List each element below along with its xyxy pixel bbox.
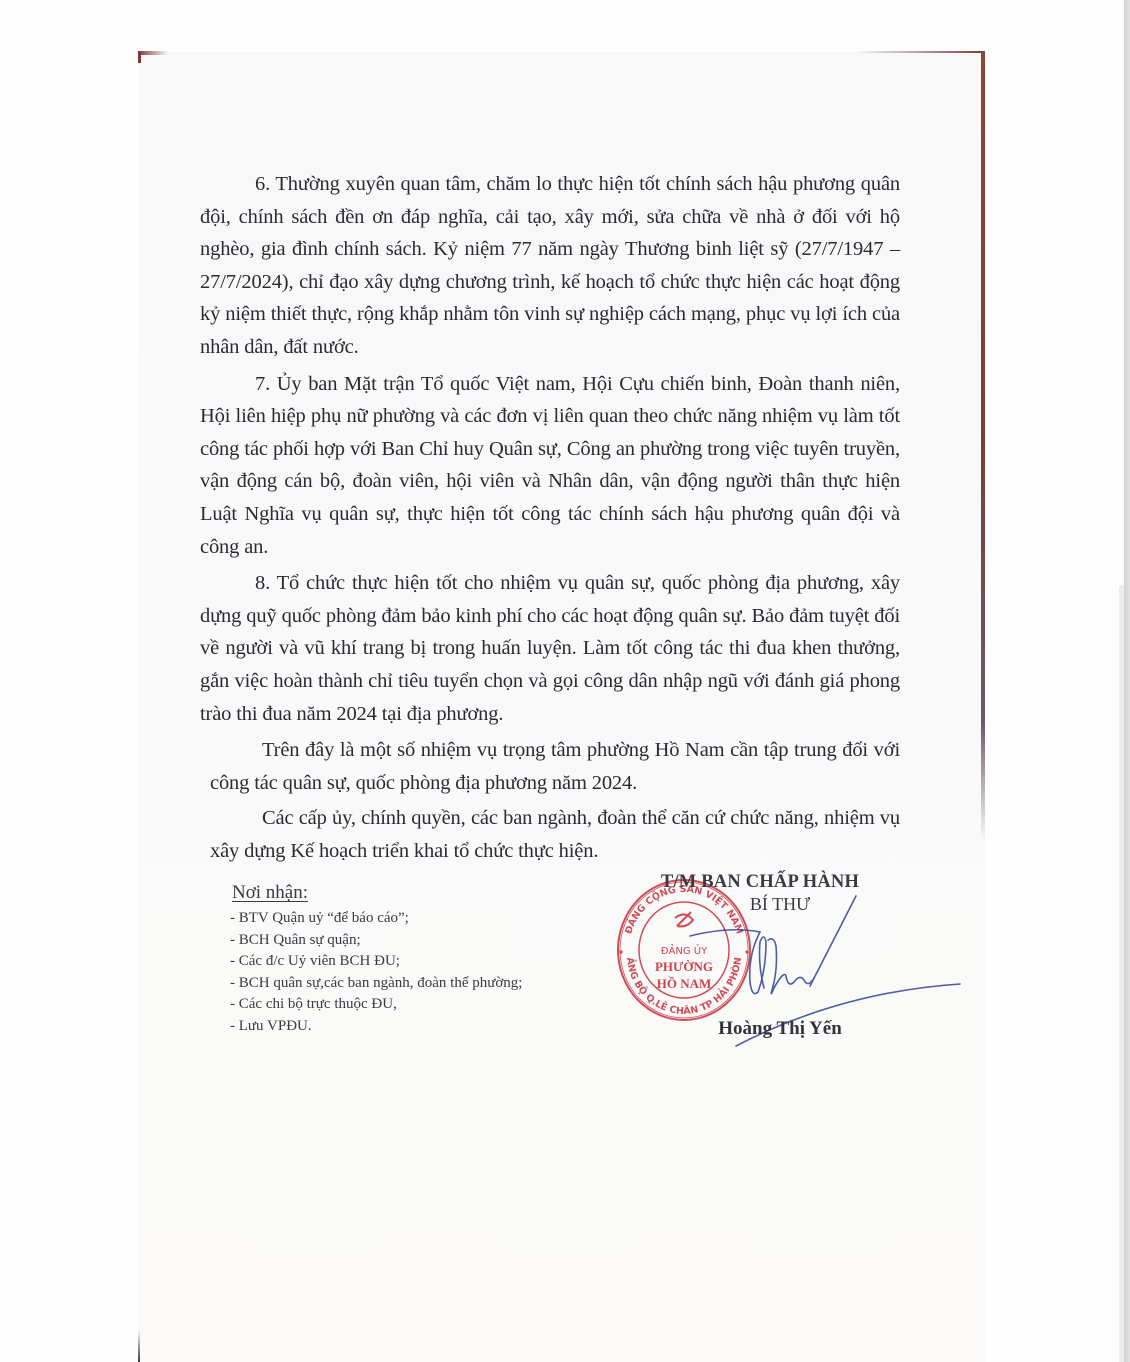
recipient-item: - Các đ/c Uỷ viên BCH ĐU; xyxy=(230,951,522,973)
closing-paragraph-1: Trên đây là một số nhiệm vụ trọng tâm ph… xyxy=(200,734,900,799)
recipients-list: Nơi nhận: - BTV Quận uỷ “để báo cáo”; - … xyxy=(230,880,522,1037)
page-edge xyxy=(138,1330,140,1362)
signer-name: Hoàng Thị Yến xyxy=(680,1018,880,1040)
scrollbar-track[interactable] xyxy=(1124,0,1130,1362)
page-edge xyxy=(138,51,168,55)
recipient-item: - BCH quân sự,các ban ngành, đoàn thể ph… xyxy=(230,973,522,995)
scrollbar-thumb[interactable] xyxy=(1119,585,1124,1362)
page-edge xyxy=(981,51,985,841)
recipient-item: - Lưu VPĐU. xyxy=(230,1016,522,1038)
document-body: 6. Thường xuyên quan tâm, chăm lo thực h… xyxy=(200,168,900,867)
recipient-item: - Các chi bộ trực thuộc ĐU, xyxy=(230,994,522,1016)
page-edge xyxy=(855,51,985,53)
paragraph-item-7: 7. Ủy ban Mặt trận Tổ quốc Việt nam, Hội… xyxy=(200,368,900,564)
recipients-heading: Nơi nhận: xyxy=(232,880,522,906)
recipient-item: - BTV Quận uỷ “để báo cáo”; xyxy=(230,908,522,930)
paragraph-item-8: 8. Tổ chức thực hiện tốt cho nhiệm vụ qu… xyxy=(200,567,900,730)
signature-block: ĐẢNG CỘNG SẢN VIỆT NAM ĐẢNG BỘ Q.LÊ CHÂN… xyxy=(640,870,880,1050)
closing-paragraph-2: Các cấp ủy, chính quyền, các ban ngành, … xyxy=(200,802,900,867)
paragraph-item-6: 6. Thường xuyên quan tâm, chăm lo thực h… xyxy=(200,168,900,364)
document-viewer: 6. Thường xuyên quan tâm, chăm lo thực h… xyxy=(0,0,1130,1362)
recipient-item: - BCH Quân sự quận; xyxy=(230,930,522,952)
